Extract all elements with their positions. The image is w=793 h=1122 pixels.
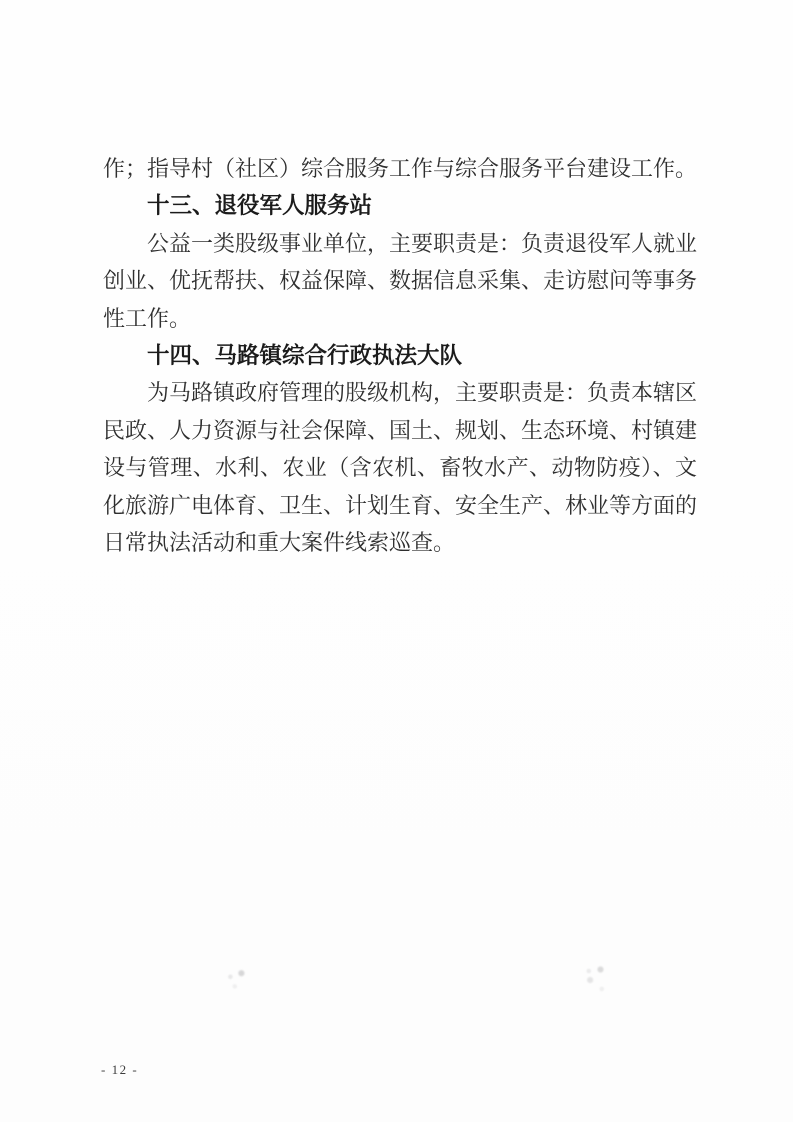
scan-smudge-right: [581, 962, 607, 992]
body-line: 性工作。: [103, 300, 697, 337]
document-page: 作；指导村（社区）综合服务工作与综合服务平台建设工作。 十三、退役军人服务站 公…: [0, 0, 793, 1122]
section-heading-13: 十三、退役军人服务站: [103, 187, 697, 224]
paragraph-continuation-line: 作；指导村（社区）综合服务工作与综合服务平台建设工作。: [103, 150, 697, 187]
body-line: 民政、人力资源与社会保障、国土、规划、生态环境、村镇建: [103, 412, 697, 449]
body-line: 创业、优抚帮扶、权益保障、数据信息采集、走访慰问等事务: [103, 262, 697, 299]
scan-smudge-left: [226, 966, 248, 990]
document-text-block: 作；指导村（社区）综合服务工作与综合服务平台建设工作。 十三、退役军人服务站 公…: [103, 150, 697, 561]
page-number: - 12 -: [101, 1062, 138, 1078]
body-line: 为马路镇政府管理的股级机构，主要职责是：负责本辖区: [103, 374, 697, 411]
body-line: 化旅游广电体育、卫生、计划生育、安全生产、林业等方面的: [103, 487, 697, 524]
body-line: 日常执法活动和重大案件线索巡查。: [103, 524, 697, 561]
section-heading-14: 十四、马路镇综合行政执法大队: [103, 337, 697, 374]
body-line: 公益一类股级事业单位，主要职责是：负责退役军人就业: [103, 225, 697, 262]
body-line: 设与管理、水利、农业（含农机、畜牧水产、动物防疫）、文: [103, 449, 697, 486]
